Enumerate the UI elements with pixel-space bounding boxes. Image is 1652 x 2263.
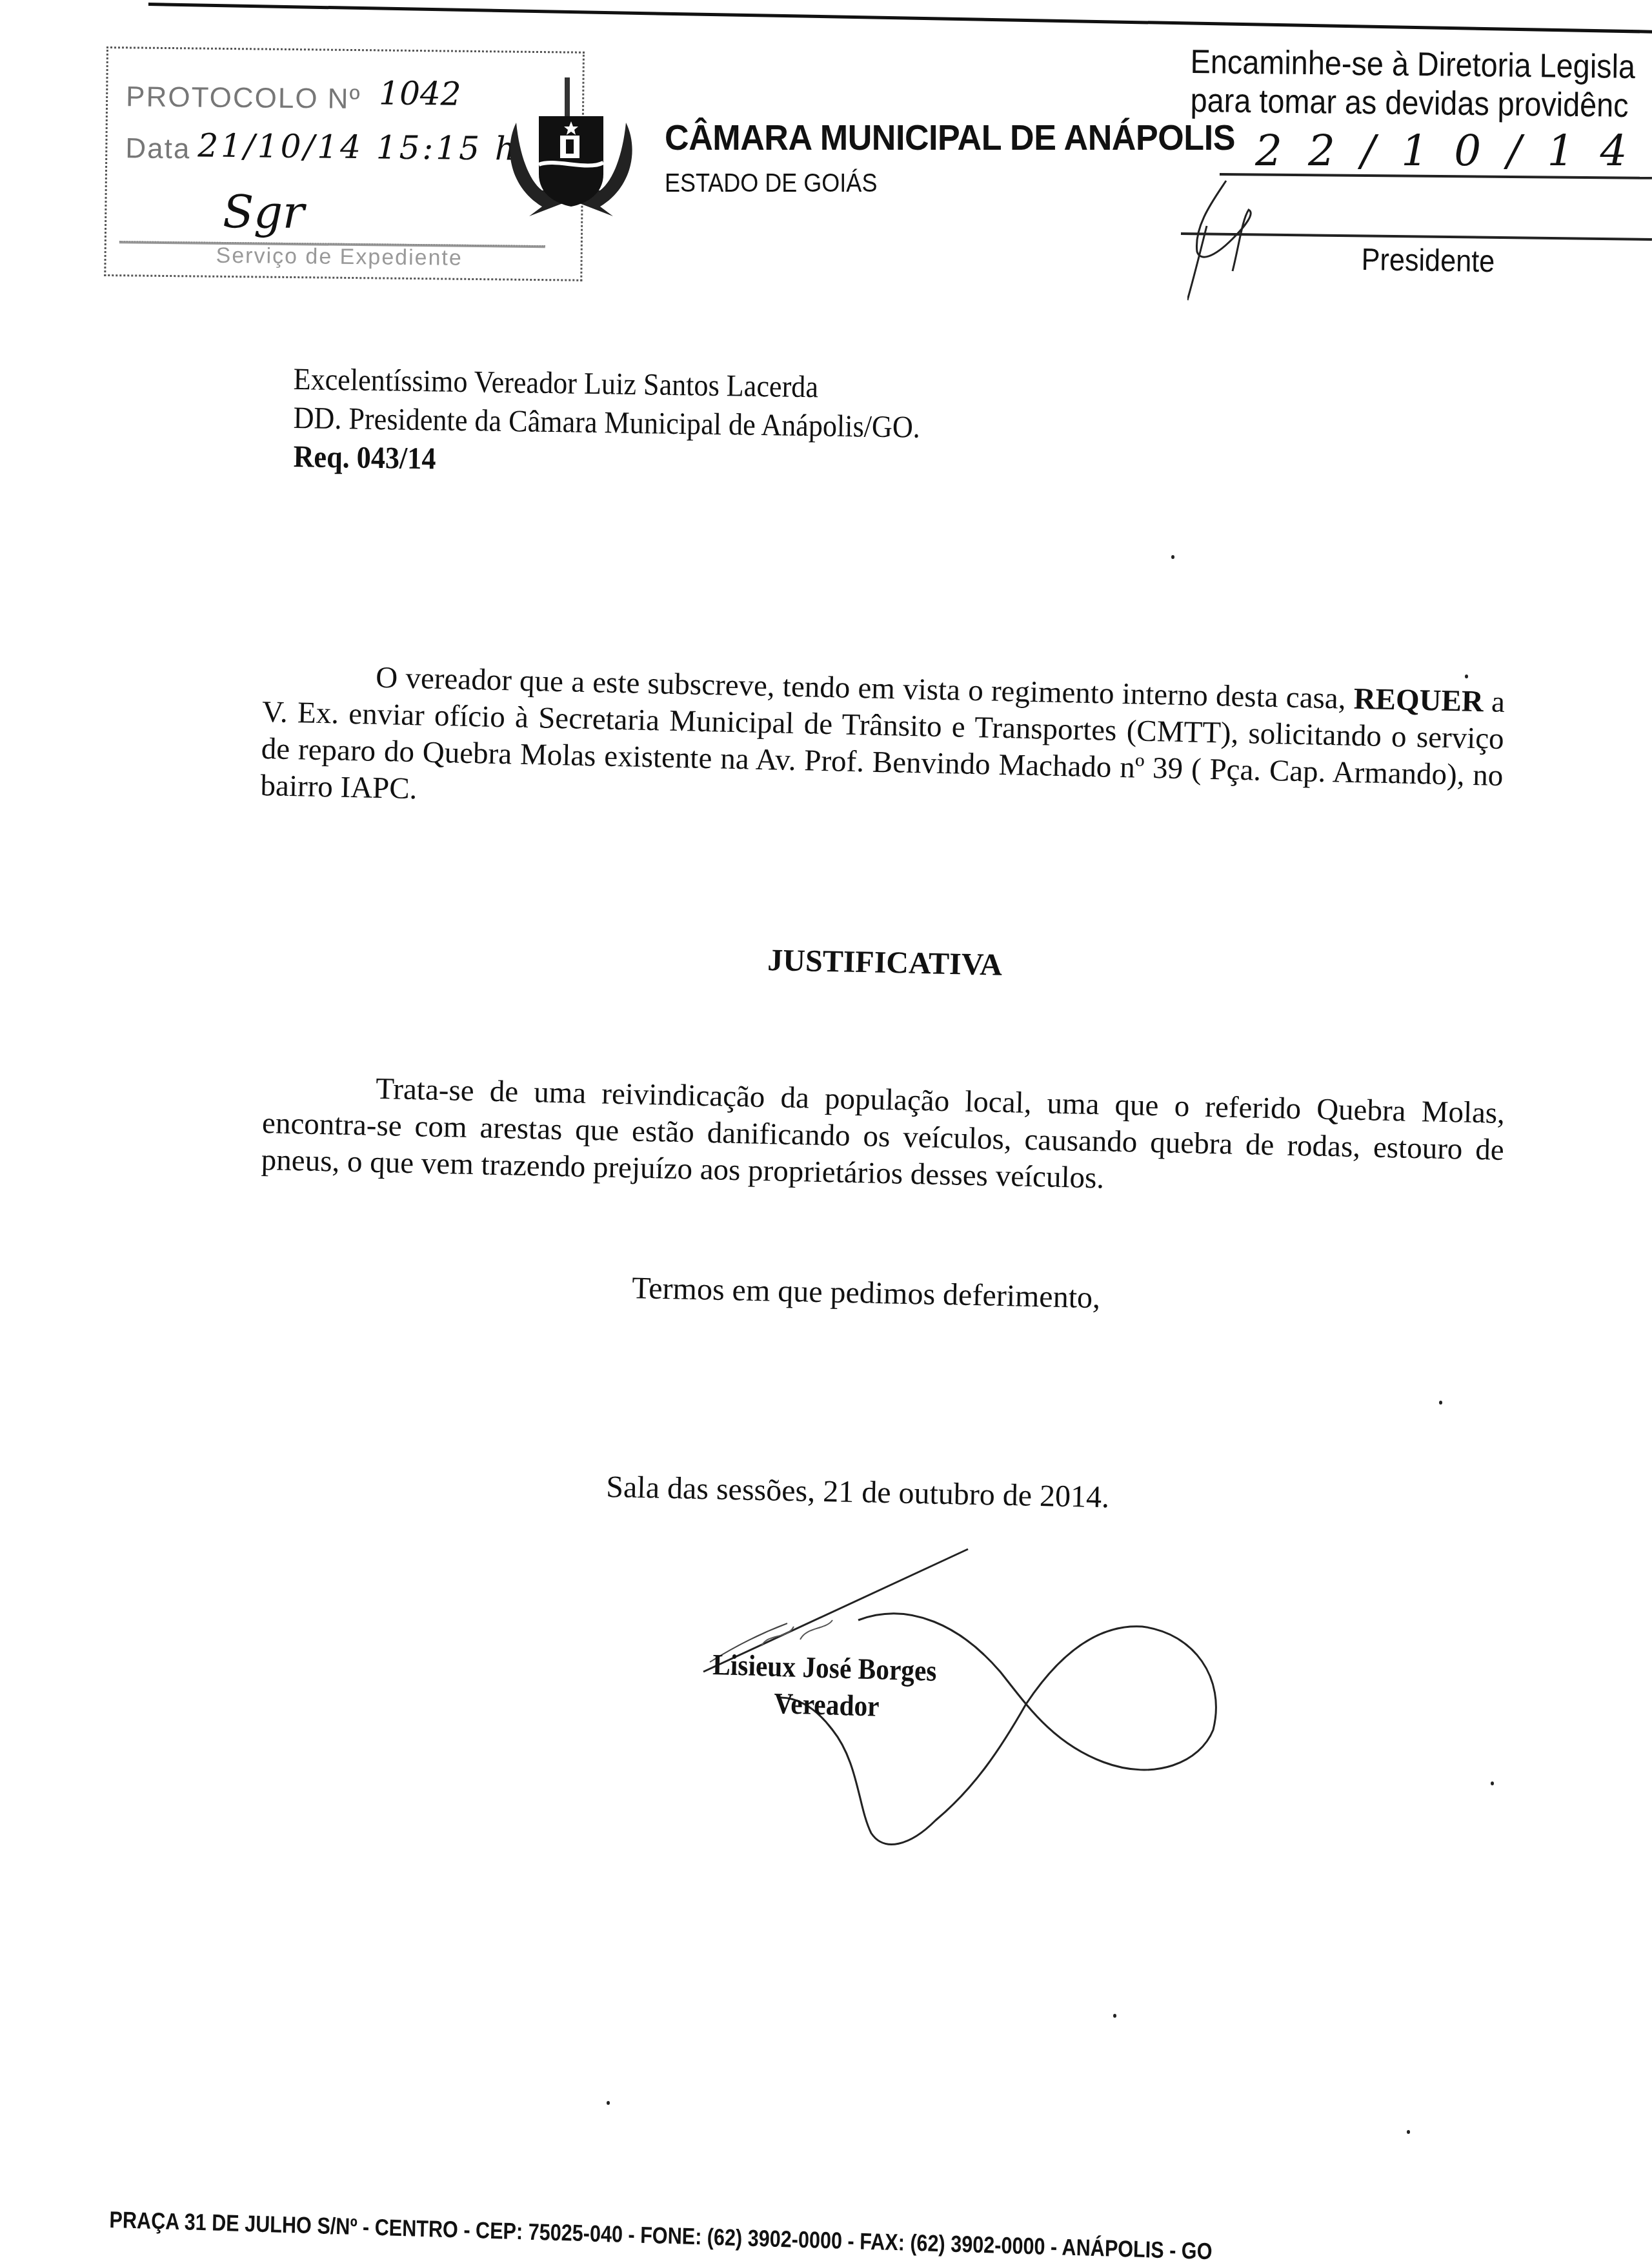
scan-speck — [1439, 1401, 1442, 1405]
scan-speck — [1407, 2130, 1410, 2134]
footer-address: PRAÇA 31 DE JULHO S/Nº - CENTRO - CEP: 7… — [109, 2206, 1213, 2263]
place-and-date: Sala das sessões, 21 de outubro de 2014. — [606, 1469, 1110, 1515]
scan-speck — [1491, 1781, 1494, 1785]
dispatch-instruction-line1: Encaminhe-se à Diretoria Legisla — [1190, 43, 1635, 86]
dispatch-date: 22/10/14 — [1255, 126, 1652, 176]
addressee-name: Excelentíssimo Vereador Luiz Santos Lace… — [293, 361, 818, 405]
president-signature — [1187, 174, 1291, 303]
addressee-title: DD. Presidente da Câmara Municipal de An… — [293, 400, 920, 445]
dispatch-role: Presidente — [1361, 242, 1495, 279]
organization-name: CÂMARA MUNICIPAL DE ANÁPOLIS — [665, 116, 1235, 158]
protocol-number: 1042 — [379, 74, 461, 112]
request-reference: Req. 043/14 — [293, 439, 436, 476]
justification-paragraph: Trata-se de uma reivindicação da populaç… — [261, 1068, 1505, 1206]
justification-heading: JUSTIFICATIVA — [767, 942, 1003, 983]
closing-line: Termos em que pedimos deferimento, — [632, 1270, 1101, 1315]
signer-role: Vereador — [774, 1686, 880, 1723]
scan-speck — [607, 2101, 610, 2105]
scan-speck — [1113, 2014, 1116, 2018]
protocol-sector: Serviço de Expediente — [216, 243, 463, 271]
signer-name: Lisieux José Borges — [712, 1647, 937, 1688]
handwritten-signature — [665, 1536, 1284, 1898]
top-border-line — [148, 3, 1652, 34]
request-paragraph: O vereador que a este subscreve, tendo e… — [260, 657, 1506, 831]
justification-text: Trata-se de uma reivindicação da populaç… — [261, 1072, 1505, 1195]
dispatch-instruction-line2: para tomar as devidas providênc — [1190, 81, 1628, 125]
protocol-label: PROTOCOLO Nº — [126, 81, 361, 116]
organization-state: ESTADO DE GOIÁS — [665, 169, 877, 198]
protocol-date: 21/10/14 15:15 h — [197, 127, 518, 167]
protocol-date-label: Data — [125, 132, 190, 165]
request-keyword: REQUER — [1353, 682, 1484, 718]
protocol-initials: Sgr — [223, 185, 305, 239]
scan-speck — [1171, 555, 1174, 559]
scan-speck — [1465, 675, 1468, 678]
coat-of-arms-icon — [503, 77, 639, 219]
